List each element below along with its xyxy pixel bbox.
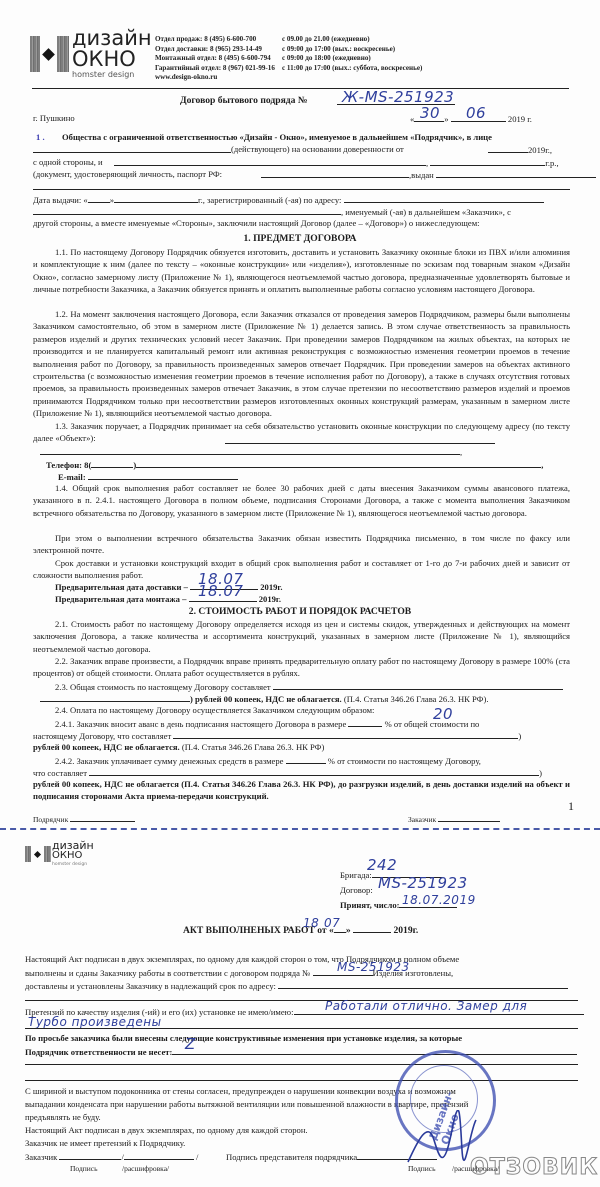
act-contract-number: MS-251923 bbox=[337, 960, 410, 974]
preamble-line: с одной стороны, и bbox=[33, 156, 103, 168]
changes-text: По просьбе заказчика были внесены следую… bbox=[25, 1032, 462, 1044]
contact-hours: с 09.00 до 21.00 (ежедневно) с 09:00 до … bbox=[282, 35, 422, 73]
sill-text: предъявлять не буду. bbox=[25, 1111, 101, 1123]
logo-tagline: homster design bbox=[72, 70, 134, 79]
clause-1-4-notice: При этом о выполнении встречного обязате… bbox=[33, 532, 570, 557]
clause-1-1: 1.1. По настоящему Договору Подрядчик об… bbox=[33, 246, 570, 296]
contact-labels: Отдел продаж: 8 (495) 6-600-700 Отдел до… bbox=[155, 35, 275, 83]
contract-number: Ж-MS-251923 bbox=[342, 90, 454, 104]
sill-text: С шириной и выступом подоконника от стен… bbox=[25, 1085, 456, 1097]
claims-value: Работали отлично. Замер для bbox=[325, 999, 527, 1013]
page-separator bbox=[0, 828, 600, 830]
clause-2-4: 2.4. Оплата по настоящему Договору осуще… bbox=[55, 704, 374, 716]
preamble-marker: 1 . bbox=[36, 131, 45, 143]
section1-title: 1. ПРЕДМЕТ ДОГОВОРА bbox=[0, 233, 600, 244]
logo-line1: дизайн bbox=[72, 28, 152, 48]
contract-date-month: 06 bbox=[466, 106, 486, 120]
install-date-row: Предварительная дата монтажа – 2019г. bbox=[55, 592, 281, 605]
act-text-line: доставлены и установлены Заказчику в над… bbox=[25, 979, 568, 992]
logo-line2: окно bbox=[72, 49, 136, 69]
contract-date-day: 30 bbox=[420, 106, 440, 120]
claims-value-cont: Турбо произведены bbox=[28, 1015, 162, 1029]
accepted-date-value: 18.07.2019 bbox=[402, 893, 476, 907]
clause-2-4-2-text: рублей 00 копеек, НДС не облагается (П.4… bbox=[33, 778, 570, 803]
clause-1-4: 1.4. Общий срок выполнения работ составл… bbox=[33, 482, 570, 519]
preamble-line: Общества с ограниченной ответственностью… bbox=[62, 131, 492, 143]
preamble-line: (действующего) на основании доверенности… bbox=[231, 143, 404, 155]
page-number: 1 bbox=[568, 800, 574, 812]
act-title-month: 07 bbox=[324, 916, 340, 930]
section2-title: 2. СТОИМОСТЬ РАБОТ И ПОРЯДОК РАСЧЕТОВ bbox=[0, 606, 600, 617]
clause-1-4-term: Срок доставки и установки конструкций вх… bbox=[33, 557, 570, 582]
advance-percent: 20 bbox=[433, 707, 453, 721]
act-title-day: 18 bbox=[303, 916, 319, 930]
clause-1-2: 1.2. На момент заключения настоящего Дог… bbox=[33, 308, 570, 420]
preamble-line: другой стороны, а вместе именуемые «Стор… bbox=[33, 217, 480, 229]
brigade-value: 242 bbox=[367, 858, 397, 872]
install-date-value: 18.07 bbox=[198, 584, 243, 598]
preamble-line: (документ, удостоверяющий личность, пасп… bbox=[33, 168, 222, 180]
logo-mark-small-icon bbox=[25, 846, 51, 862]
footer-customer: Заказчик bbox=[408, 812, 500, 826]
preamble-line bbox=[33, 143, 231, 156]
caption-sign: Подпись bbox=[70, 1163, 98, 1175]
clause-2-2: 2.2. Заказчик вправе произвести, а Подря… bbox=[33, 655, 570, 680]
no-claims-text: Заказчик не имеет претензий к Подрядчику… bbox=[25, 1137, 185, 1149]
contract-title: Договор бытового подряда № bbox=[180, 95, 308, 107]
clause-1-3: 1.3. Заказчик поручает, а Подрядчик прин… bbox=[33, 420, 570, 445]
changes-value: Z bbox=[185, 1037, 196, 1051]
watermark: ОТЗОВИК bbox=[470, 1155, 598, 1180]
signed-text: Настоящий Акт подписан в двух экземпляра… bbox=[25, 1124, 308, 1136]
caption-decode: /расшифровка/ bbox=[122, 1163, 169, 1175]
clause-2-1: 2.1. Стоимость работ по настоящему Догов… bbox=[33, 618, 570, 655]
website-link[interactable]: www.design-okno.ru bbox=[155, 73, 275, 83]
act-contract-value: MS-251923 bbox=[378, 876, 468, 890]
logo-small-line2: окно bbox=[52, 851, 82, 861]
customer-signature-line[interactable]: Заказчик / / bbox=[25, 1150, 198, 1163]
footer-contractor: Подрядчик bbox=[33, 812, 135, 826]
contract-city: г. Пушкино bbox=[33, 112, 75, 124]
signature-icon bbox=[400, 1110, 480, 1170]
changes-field: Подрядчик ответственности не несет: bbox=[25, 1045, 577, 1058]
act-title: АКТ ВЫПОЛНЕНЫХ РАБОТ от «» 2019г. bbox=[183, 923, 418, 937]
logo-small-tagline: homster design bbox=[52, 862, 87, 867]
act-contract-field: Договор: bbox=[340, 884, 373, 896]
logo-mark-icon bbox=[30, 36, 69, 72]
